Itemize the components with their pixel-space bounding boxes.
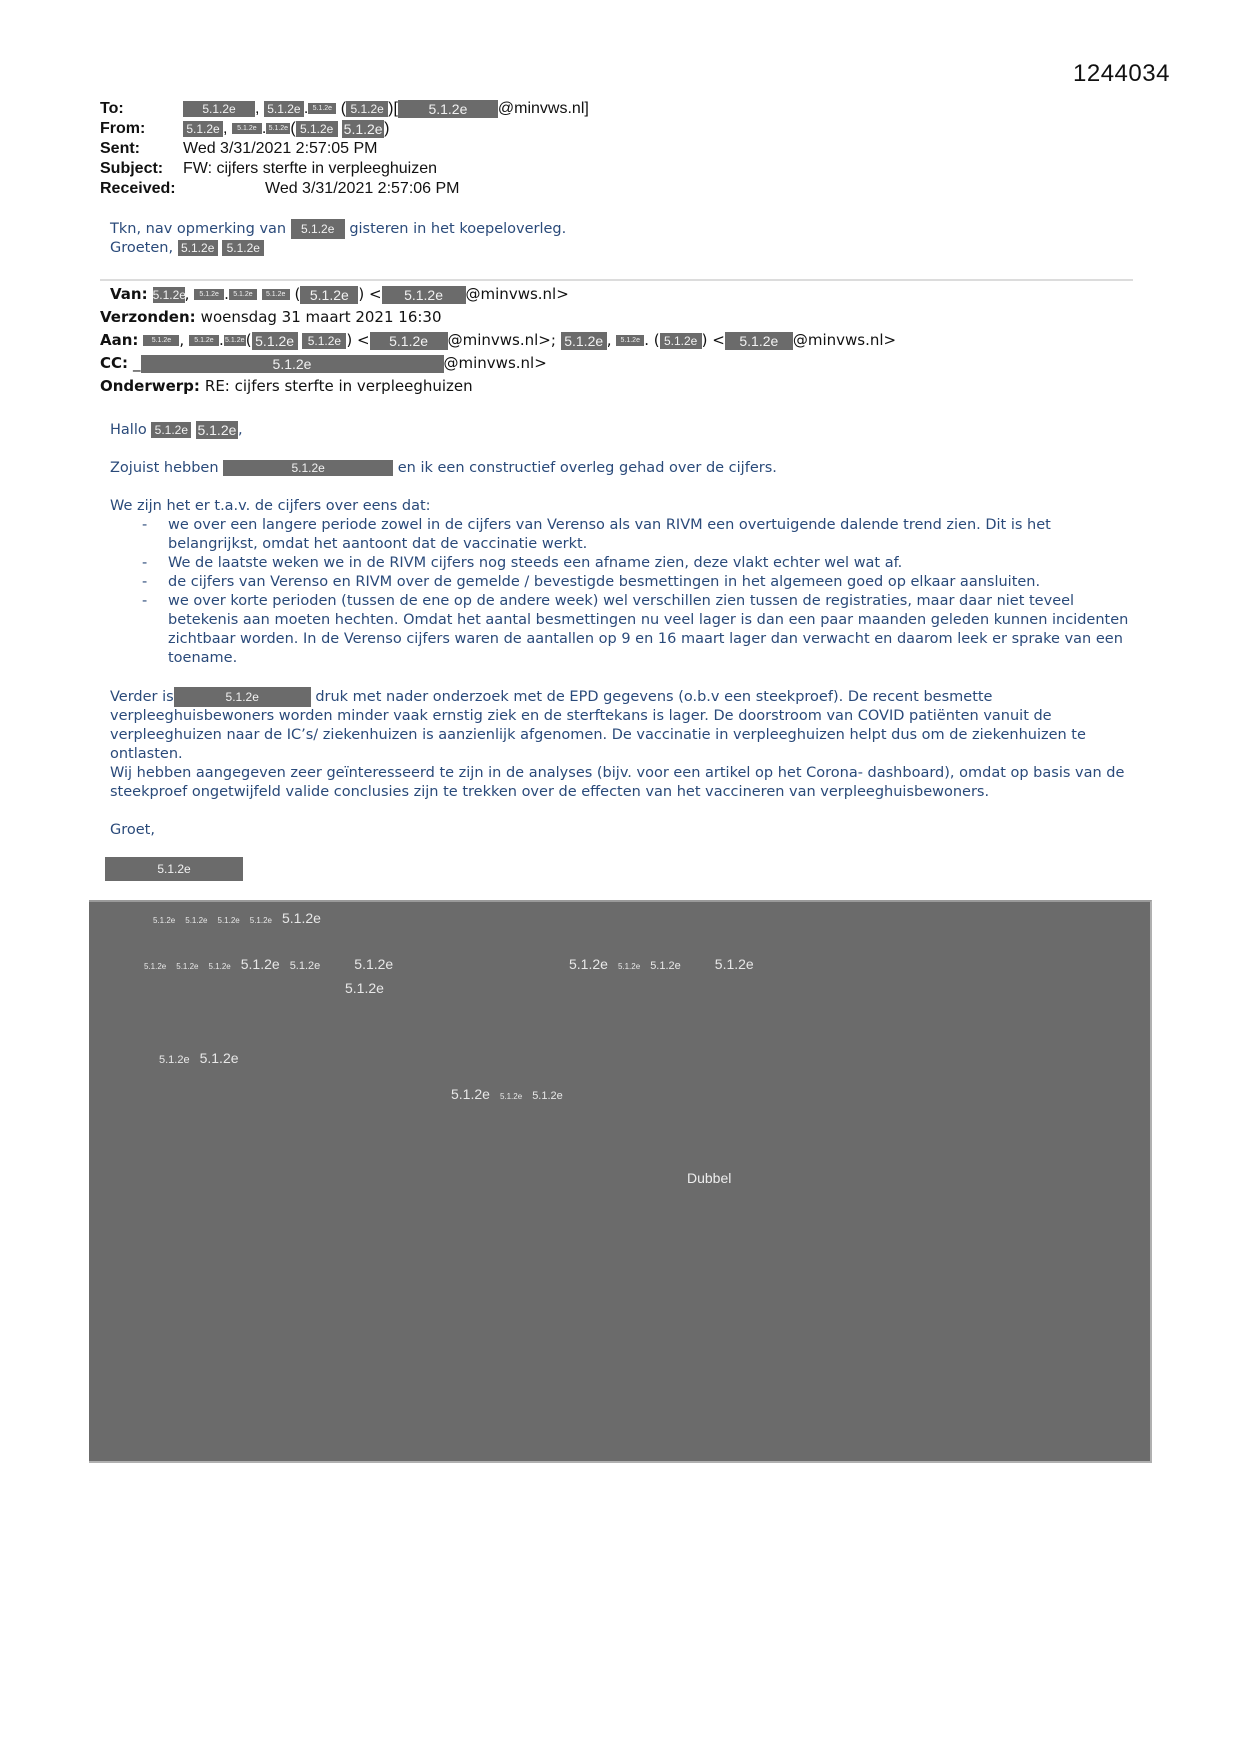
subject-label: Subject: bbox=[100, 159, 183, 179]
closing: Groet, bbox=[110, 821, 1130, 840]
paragraph-1: Zojuist hebben 5.1.2e en ik een construc… bbox=[110, 459, 1130, 478]
sent-value: Wed 3/31/2021 2:57:05 PM bbox=[183, 139, 378, 159]
redaction: 5.1.2e bbox=[252, 332, 298, 350]
received-label: Received: bbox=[100, 179, 265, 199]
redaction: 5.1.2e bbox=[105, 857, 243, 881]
agreement-list: we over een langere periode zowel in de … bbox=[142, 516, 1130, 668]
redaction: 5.1.2e bbox=[144, 962, 166, 971]
sent-label: Sent: bbox=[100, 139, 183, 159]
redaction: 5.1.2e bbox=[346, 101, 388, 117]
redaction: 5.1.2e bbox=[209, 962, 231, 971]
redaction: 5.1.2e bbox=[232, 123, 262, 134]
redaction: 5.1.2e bbox=[178, 240, 218, 256]
redaction: 5.1.2e bbox=[141, 355, 444, 373]
redaction: 5.1.2e bbox=[345, 980, 384, 996]
dubbel-label: Dubbel bbox=[687, 1170, 731, 1186]
onderwerp-row: Onderwerp: RE: cijfers sterfte in verple… bbox=[100, 375, 896, 398]
forward-note: Tkn, nav opmerking van 5.1.2e gisteren i… bbox=[110, 219, 566, 257]
redaction: 5.1.2e bbox=[183, 121, 223, 137]
forward-note-text: gisteren in het koepeloverleg. bbox=[349, 221, 566, 237]
verzonden-value: woensdag 31 maart 2021 16:30 bbox=[201, 306, 442, 329]
redaction: 5.1.2e bbox=[561, 332, 607, 350]
forward-note-text: Tkn, nav opmerking van bbox=[110, 221, 286, 237]
paragraph-2-intro: We zijn het er t.a.v. de cijfers over ee… bbox=[110, 497, 1130, 516]
paragraph-3: Verder is5.1.2e druk met nader onderzoek… bbox=[110, 687, 1130, 764]
redaction: 5.1.2e bbox=[451, 1086, 490, 1102]
redaction: 5.1.2e bbox=[229, 289, 257, 300]
redaction: 5.1.2e bbox=[291, 219, 345, 239]
list-item: we over een langere periode zowel in de … bbox=[142, 516, 1130, 554]
redaction: 5.1.2e bbox=[264, 101, 304, 117]
van-domain: @minvws.nl> bbox=[466, 283, 569, 306]
onderwerp-value: RE: cijfers sterfte in verpleeghuizen bbox=[205, 375, 473, 398]
redaction: 5.1.2e bbox=[300, 286, 358, 304]
redaction: 5.1.2e bbox=[618, 962, 640, 971]
aan-label: Aan: bbox=[100, 329, 138, 352]
redaction: 5.1.2e bbox=[250, 916, 272, 925]
redaction: 5.1.2e bbox=[153, 287, 185, 303]
separator-line bbox=[100, 279, 1133, 281]
list-item: we over korte perioden (tussen de ene op… bbox=[142, 592, 1130, 668]
forward-note-greeting: Groeten, bbox=[110, 240, 173, 256]
redaction: 5.1.2e bbox=[262, 289, 290, 300]
redaction: 5.1.2e bbox=[354, 956, 393, 972]
from-row: From: 5.1.2e, 5.1.2e.5.1.2e(5.1.2e 5.1.2… bbox=[100, 119, 589, 139]
redaction: 5.1.2e bbox=[185, 916, 207, 925]
email-header: To: 5.1.2e, 5.1.2e.5.1.2e (5.1.2e)[5.1.2… bbox=[100, 99, 589, 199]
onderwerp-label: Onderwerp: bbox=[100, 375, 200, 398]
redaction: 5.1.2e bbox=[660, 333, 702, 349]
redaction: 5.1.2e bbox=[241, 956, 280, 972]
redaction: 5.1.2e bbox=[174, 687, 311, 707]
redaction: 5.1.2e bbox=[282, 910, 321, 926]
redaction: 5.1.2e bbox=[532, 1090, 563, 1102]
document-number: 1244034 bbox=[1073, 60, 1170, 88]
to-domain: @minvws.nl] bbox=[498, 100, 589, 117]
verzonden-label: Verzonden: bbox=[100, 306, 196, 329]
cc-row: CC:_ 5.1.2e @minvws.nl> bbox=[100, 352, 896, 375]
redaction: 5.1.2e bbox=[290, 960, 321, 972]
redaction: 5.1.2e bbox=[308, 103, 336, 114]
redaction: 5.1.2e bbox=[266, 123, 290, 134]
van-row: Van: 5.1.2e, 5.1.2e. 5.1.2e 5.1.2e ( 5.1… bbox=[100, 283, 896, 306]
redacted-block: 5.1.2e5.1.2e5.1.2e5.1.2e5.1.2e 5.1.2e5.1… bbox=[89, 900, 1152, 1463]
redaction: 5.1.2e bbox=[715, 956, 754, 972]
from-label: From: bbox=[100, 119, 183, 139]
aan-row: Aan: 5.1.2e, 5.1.2e. 5.1.2e( 5.1.2e 5.1.… bbox=[100, 329, 896, 352]
sent-row: Sent: Wed 3/31/2021 2:57:05 PM bbox=[100, 139, 589, 159]
redaction: 5.1.2e bbox=[370, 332, 448, 350]
subject-value: FW: cijfers sterfte in verpleeghuizen bbox=[183, 159, 437, 179]
redaction: 5.1.2e bbox=[342, 120, 384, 138]
redaction: 5.1.2e bbox=[296, 121, 338, 137]
redaction: 5.1.2e bbox=[398, 100, 498, 118]
paragraph-4: Wij hebben aangegeven zeer geïnteresseer… bbox=[110, 764, 1130, 802]
verzonden-row: Verzonden: woensdag 31 maart 2021 16:30 bbox=[100, 306, 896, 329]
greeting: Hallo 5.1.2e 5.1.2e, bbox=[110, 421, 1130, 440]
redaction: 5.1.2e bbox=[569, 956, 608, 972]
redaction: 5.1.2e bbox=[224, 335, 246, 346]
redaction: 5.1.2e bbox=[194, 289, 224, 300]
signature: 5.1.2e bbox=[105, 857, 243, 881]
cc-label: CC: bbox=[100, 352, 128, 375]
redaction: 5.1.2e bbox=[176, 962, 198, 971]
redaction: 5.1.2e bbox=[143, 335, 179, 346]
list-item: We de laatste weken we in de RIVM cijfer… bbox=[142, 554, 1130, 573]
redaction: 5.1.2e bbox=[616, 335, 644, 346]
redaction: 5.1.2e bbox=[189, 335, 219, 346]
van-label: Van: bbox=[110, 283, 148, 306]
redaction: 5.1.2e bbox=[218, 916, 240, 925]
redaction: 5.1.2e bbox=[159, 1054, 190, 1066]
to-row: To: 5.1.2e, 5.1.2e.5.1.2e (5.1.2e)[5.1.2… bbox=[100, 99, 589, 119]
redaction: 5.1.2e bbox=[151, 422, 191, 438]
redaction: 5.1.2e bbox=[223, 460, 393, 476]
to-label: To: bbox=[100, 99, 183, 119]
received-row: Received: Wed 3/31/2021 2:57:06 PM bbox=[100, 179, 589, 199]
redaction: 5.1.2e bbox=[200, 1050, 239, 1066]
redaction: 5.1.2e bbox=[725, 332, 793, 350]
redaction: 5.1.2e bbox=[196, 421, 238, 439]
redaction: 5.1.2e bbox=[222, 240, 264, 256]
redaction: 5.1.2e bbox=[153, 916, 175, 925]
cc-domain: @minvws.nl> bbox=[444, 352, 547, 375]
aan-domain: @minvws.nl> bbox=[793, 329, 896, 352]
list-item: de cijfers van Verenso en RIVM over de g… bbox=[142, 573, 1130, 592]
received-value: Wed 3/31/2021 2:57:06 PM bbox=[265, 179, 460, 199]
redaction: 5.1.2e bbox=[302, 333, 346, 349]
redaction: 5.1.2e bbox=[183, 101, 255, 117]
aan-domain: @minvws.nl>; bbox=[448, 329, 556, 352]
quoted-email-header: Van: 5.1.2e, 5.1.2e. 5.1.2e 5.1.2e ( 5.1… bbox=[100, 283, 896, 398]
email-body: Hallo 5.1.2e 5.1.2e, Zojuist hebben 5.1.… bbox=[110, 421, 1130, 840]
redaction: 5.1.2e bbox=[382, 286, 466, 304]
subject-row: Subject: FW: cijfers sterfte in verpleeg… bbox=[100, 159, 589, 179]
redaction: 5.1.2e bbox=[650, 960, 681, 972]
redaction: 5.1.2e bbox=[500, 1092, 522, 1101]
